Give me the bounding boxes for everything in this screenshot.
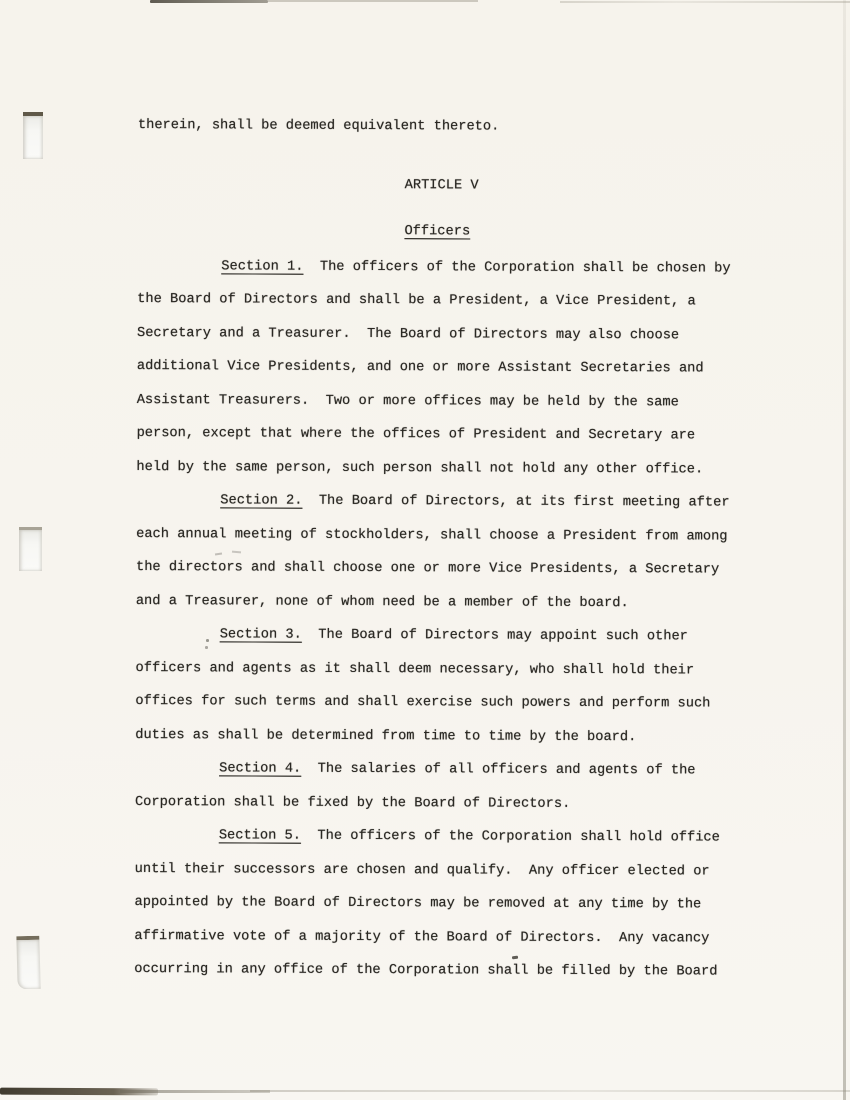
section-line: the directors and shall choose one or mo… — [136, 551, 776, 587]
section-line: appointed by the Board of Directors may … — [134, 886, 774, 922]
section: Section 2. The Board of Directors, at it… — [136, 484, 777, 621]
section-line: Corporation shall be fixed by the Board … — [135, 785, 775, 821]
section-line: affirmative vote of a majority of the Bo… — [134, 919, 774, 955]
hole-punch — [16, 936, 40, 990]
section-line: and a Treasurer, none of whom need be a … — [136, 584, 776, 620]
section-label: Section 2. — [220, 493, 302, 508]
section: Section 3. The Board of Directors may ap… — [135, 618, 776, 755]
section-line: held by the same person, such person sha… — [136, 450, 776, 486]
hole-punch — [23, 112, 43, 159]
section-first-line: Section 5. The officers of the Corporati… — [135, 819, 775, 855]
section-line: occurring in any office of the Corporati… — [134, 953, 774, 989]
section-line: Assistant Treasurers. Two or more office… — [137, 383, 777, 419]
sections: Section 1. The officers of the Corporati… — [134, 249, 777, 989]
section: Section 1. The officers of the Corporati… — [136, 249, 777, 486]
section-line: offices for such terms and shall exercis… — [135, 685, 775, 721]
section-line: until their successors are chosen and qu… — [135, 852, 775, 888]
section: Section 4. The salaries of all officers … — [135, 752, 775, 822]
scan-artifact-bottom-edge — [120, 1090, 270, 1093]
section-line: officers and agents as it shall deem nec… — [135, 651, 775, 687]
section-label: Section 3. — [220, 627, 302, 642]
scan-artifact-bottom-edge — [250, 1090, 850, 1092]
section-first-line: Section 2. The Board of Directors, at it… — [136, 484, 776, 520]
scanned-document-page: therein, shall be deemed equivalent ther… — [0, 0, 850, 1100]
scan-artifact-top-edge — [150, 0, 268, 3]
article-subheading: Officers — [404, 215, 777, 250]
section-first-line: Section 3. The Board of Directors may ap… — [136, 618, 776, 654]
scan-artifact-top-edge — [268, 0, 478, 2]
section-label: Section 1. — [221, 259, 303, 274]
scan-artifact-right-edge — [843, 0, 846, 1100]
scan-artifact-bottom-edge — [0, 1088, 158, 1096]
intro-line: therein, shall be deemed equivalent ther… — [138, 109, 778, 145]
section-label: Section 4. — [219, 761, 301, 776]
section-line: duties as shall be determined from time … — [135, 718, 775, 754]
article-heading: ARTICLE V — [405, 169, 778, 204]
document-body: therein, shall be deemed equivalent ther… — [134, 109, 778, 989]
hole-punch — [19, 527, 42, 571]
section-line: person, except that where the offices of… — [137, 417, 777, 453]
section-label: Section 5. — [219, 828, 301, 843]
scan-artifact-top-edge — [560, 1, 850, 3]
section-first-line: Section 1. The officers of the Corporati… — [137, 249, 777, 285]
section-line: additional Vice Presidents, and one or m… — [137, 350, 777, 386]
section: Section 5. The officers of the Corporati… — [134, 819, 775, 989]
section-first-line: Section 4. The salaries of all officers … — [135, 752, 775, 788]
section-line: each annual meeting of stockholders, sha… — [136, 517, 776, 553]
section-line: Secretary and a Treasurer. The Board of … — [137, 316, 777, 352]
section-line: the Board of Directors and shall be a Pr… — [137, 283, 777, 319]
